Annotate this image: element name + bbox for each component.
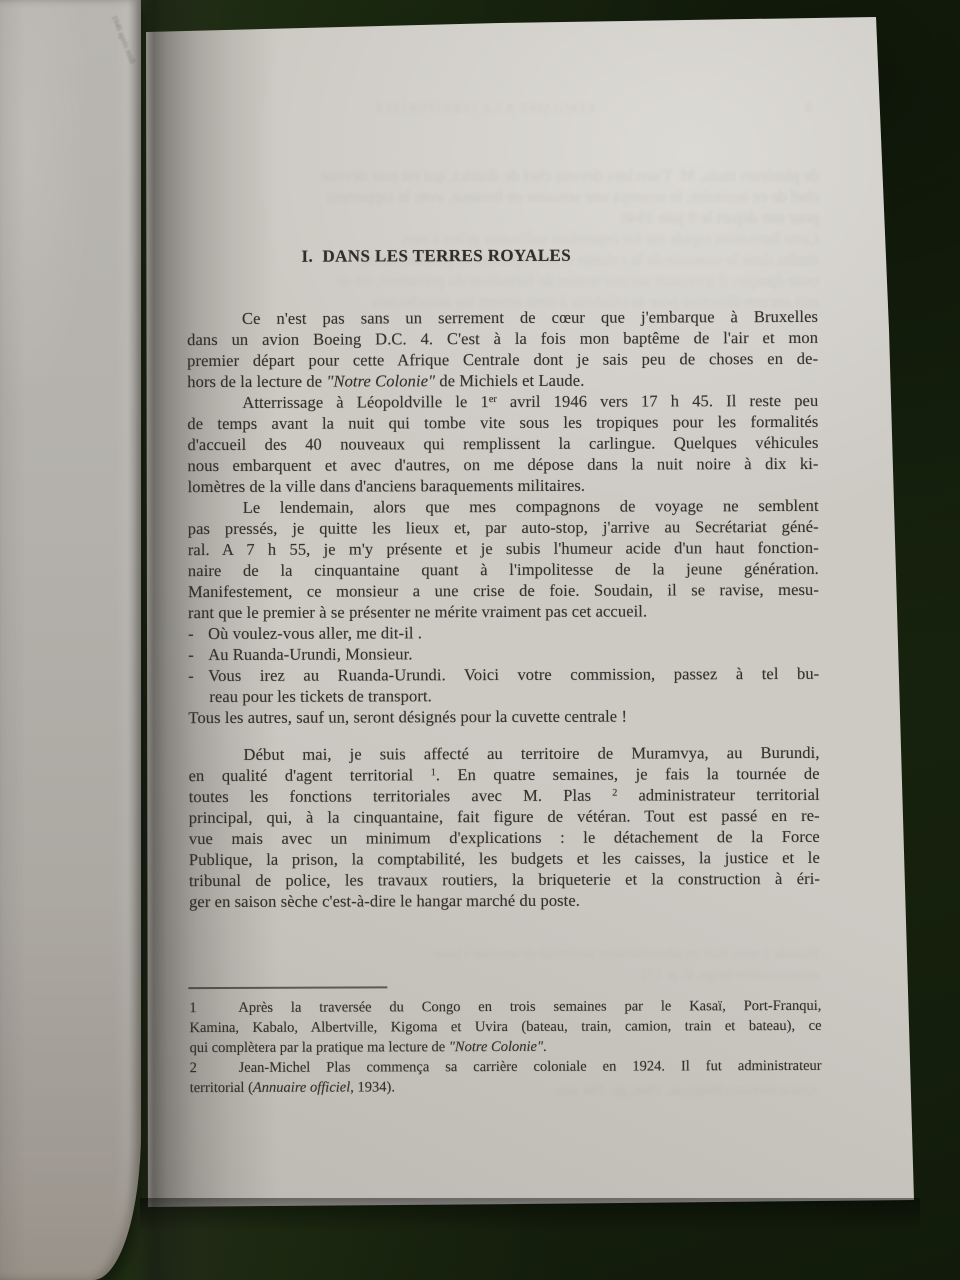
text-line: Tous les autres, sauf un, seront désigné… xyxy=(188,705,819,728)
text-segment: tribunal de police, les travaux routiers… xyxy=(189,869,820,890)
text-segment: rant que le premier à se présenter ne mé… xyxy=(188,601,647,622)
text-line: -Où voulez-vous aller, me dit-il . xyxy=(188,621,819,644)
text-segment: Ce n'est pas sans un serrement de cœur q… xyxy=(242,307,818,328)
footnote-rule xyxy=(188,986,387,989)
text-segment: reau pour les tickets de transport. xyxy=(209,686,432,706)
text-line: -Au Ruanda-Urundi, Monsieur. xyxy=(188,642,819,665)
text-segment: territorial ( xyxy=(190,1080,253,1096)
text-segment: hors de la lecture de xyxy=(187,372,326,391)
paragraph: Début mai, je suis affecté au territoire… xyxy=(189,742,821,912)
text-segment: d'accueil des 40 nouveaux qui remplissen… xyxy=(187,433,818,454)
text-segment: ral. A 7 h 55, je m'y présente et je sub… xyxy=(188,538,819,559)
left-page-stack xyxy=(0,0,141,1280)
text-line: premier départ pour cette Afrique Centra… xyxy=(187,348,818,371)
text-line: Kamina, Kabalo, Albertville, Kigoma et U… xyxy=(189,1016,821,1038)
text-line: Atterrissage à Léopoldville le 1er avril… xyxy=(187,390,818,413)
text-line: nous embarquent et avec d'autres, on me … xyxy=(187,453,818,476)
text-line: -Vous irez au Ruanda-Urundi. Voici votre… xyxy=(188,663,819,686)
text-segment: Tous les autres, sauf un, seront désigné… xyxy=(188,707,627,728)
text-segment: . En quatre semaines, je fais la tournée… xyxy=(436,764,820,784)
text-segment: Début mai, je suis affecté au territoire… xyxy=(244,743,820,764)
footnote-number: 2 xyxy=(190,1058,239,1078)
italic-text: "Notre Colonie" xyxy=(326,371,435,390)
text-segment: Où voulez-vous aller, me dit-il . xyxy=(208,623,422,643)
text-segment: , 1934). xyxy=(350,1079,395,1095)
text-segment: Atterrissage à Léopoldville le 1 xyxy=(242,392,489,412)
text-line: territorial (Annuaire officiel, 1934). xyxy=(190,1076,822,1098)
paragraph: Le lendemain, alors que mes compagnons d… xyxy=(188,495,819,623)
text-line: Ce n'est pas sans un serrement de cœur q… xyxy=(187,306,818,329)
text-line: lomètres de la ville dans d'anciens bara… xyxy=(188,474,819,497)
text-line: ral. A 7 h 55, je m'y présente et je sub… xyxy=(188,537,819,560)
text-line: qui complètera par la pratique ma lectur… xyxy=(190,1036,822,1058)
text-segment: Manifestement, ce monsieur a une crise d… xyxy=(188,580,819,601)
text-segment: qui complètera par la pratique ma lectur… xyxy=(190,1039,449,1056)
text-segment: lomètres de la ville dans d'anciens bara… xyxy=(188,476,586,496)
paragraph: Ce n'est pas sans un serrement de cœur q… xyxy=(187,306,818,392)
text-segment: en qualité d'agent territorial xyxy=(189,765,431,785)
text-line: reau pour les tickets de transport. xyxy=(188,684,819,707)
text-line: principal, qui, à la cinquantaine, fait … xyxy=(189,805,820,828)
text-line: Début mai, je suis affecté au territoire… xyxy=(189,742,820,765)
text-segment: - xyxy=(188,665,208,686)
superscript-ref: er xyxy=(489,394,497,405)
text-segment: avril 1946 vers 17 h 45. Il reste peu xyxy=(497,391,819,411)
text-segment: Publique, la prison, la comptabilité, le… xyxy=(189,848,820,869)
text-segment: dans un avion Boeing D.C. 4. C'est à la … xyxy=(187,328,818,349)
text-line: Manifestement, ce monsieur a une crise d… xyxy=(188,579,819,602)
book-page: STAGIAIRE A LA TERRITORIALE 9 Africa-Ter… xyxy=(0,0,960,1280)
text-segment: premier départ pour cette Afrique Centra… xyxy=(187,349,818,370)
text-line: 1Après la traversée du Congo en trois se… xyxy=(189,996,821,1018)
page-body-text: Ce n'est pas sans un serrement de cœur q… xyxy=(187,306,820,912)
paragraph: Atterrissage à Léopoldville le 1er avril… xyxy=(187,390,818,497)
text-segment: ger en saison sèche c'est-à-dire le hang… xyxy=(189,891,580,911)
text-line: ger en saison sèche c'est-à-dire le hang… xyxy=(189,889,820,912)
footnote-number: 1 xyxy=(189,998,238,1018)
text-segment: administrateur territorial xyxy=(617,785,819,805)
text-segment: naire de la cinquantaine quant à l'impol… xyxy=(188,559,819,580)
printed-text-layer: I. DANS LES TERRES ROYALES Ce n'est pas … xyxy=(0,0,960,1280)
text-segment: pas pressés, je quitte les lieux et, par… xyxy=(188,517,819,538)
text-segment: Vous irez au Ruanda-Urundi. Voici votre … xyxy=(208,664,819,685)
text-segment: - xyxy=(188,644,208,665)
paragraph: -Vous irez au Ruanda-Urundi. Voici votre… xyxy=(188,663,819,707)
footnote: 1Après la traversée du Congo en trois se… xyxy=(189,996,821,1058)
text-line: en qualité d'agent territorial 1. En qua… xyxy=(189,763,820,786)
text-segment: Au Ruanda-Urundi, Monsieur. xyxy=(208,644,412,664)
text-segment: Jean-Michel Plas commença sa carrière co… xyxy=(239,1058,822,1076)
text-segment: . xyxy=(543,1039,547,1055)
paragraph: Tous les autres, sauf un, seront désigné… xyxy=(188,705,819,728)
text-line: vue mais avec un minimum d'explications … xyxy=(189,826,820,849)
text-segment: nous embarquent et avec d'autres, on me … xyxy=(187,454,818,475)
text-line: Publique, la prison, la comptabilité, le… xyxy=(189,847,820,870)
text-line: naire de la cinquantaine quant à l'impol… xyxy=(188,558,819,581)
footnotes: 1Après la traversée du Congo en trois se… xyxy=(189,996,821,1098)
text-line: rant que le premier à se présenter ne mé… xyxy=(188,600,819,623)
text-segment: principal, qui, à la cinquantaine, fait … xyxy=(189,806,820,827)
text-line: pas pressés, je quitte les lieux et, par… xyxy=(188,516,819,539)
text-line: 2Jean-Michel Plas commença sa carrière c… xyxy=(190,1056,822,1078)
chapter-heading-text: I. DANS LES TERRES ROYALES xyxy=(301,246,571,266)
text-line: de temps avant la nuit qui tombe vite so… xyxy=(187,411,818,434)
text-line: dans un avion Boeing D.C. 4. C'est à la … xyxy=(187,327,818,350)
text-line: tribunal de police, les travaux routiers… xyxy=(189,868,820,891)
italic-text: "Notre Colonie" xyxy=(449,1039,543,1055)
text-line: toutes les fonctions territoriales avec … xyxy=(189,784,820,807)
footnote: 2Jean-Michel Plas commença sa carrière c… xyxy=(190,1056,822,1098)
text-segment: Kamina, Kabalo, Albertville, Kigoma et U… xyxy=(189,1018,821,1036)
text-segment: Après la traversée du Congo en trois sem… xyxy=(238,998,821,1016)
text-line: hors de la lecture de "Notre Colonie" de… xyxy=(187,369,818,392)
superscript-ref: 1 xyxy=(431,768,436,779)
text-segment: de Michiels et Laude. xyxy=(435,371,584,391)
paragraph: -Où voulez-vous aller, me dit-il . xyxy=(188,621,819,644)
italic-text: Annuaire officiel xyxy=(253,1080,350,1096)
text-line: Le lendemain, alors que mes compagnons d… xyxy=(188,495,819,518)
text-line: d'accueil des 40 nouveaux qui remplissen… xyxy=(187,432,818,455)
text-segment: toutes les fonctions territoriales avec … xyxy=(189,786,613,806)
text-segment: Le lendemain, alors que mes compagnons d… xyxy=(243,496,819,517)
text-segment: de temps avant la nuit qui tombe vite so… xyxy=(187,412,818,433)
paragraph: -Au Ruanda-Urundi, Monsieur. xyxy=(188,642,819,665)
text-segment: - xyxy=(188,623,208,644)
superscript-ref: 2 xyxy=(612,788,617,799)
book-photo-scene: 1946 après midi STAGIAIRE A LA TERRITORI… xyxy=(0,0,960,1280)
chapter-heading: I. DANS LES TERRES ROYALES xyxy=(187,245,818,267)
text-segment: vue mais avec un minimum d'explications … xyxy=(189,827,820,848)
